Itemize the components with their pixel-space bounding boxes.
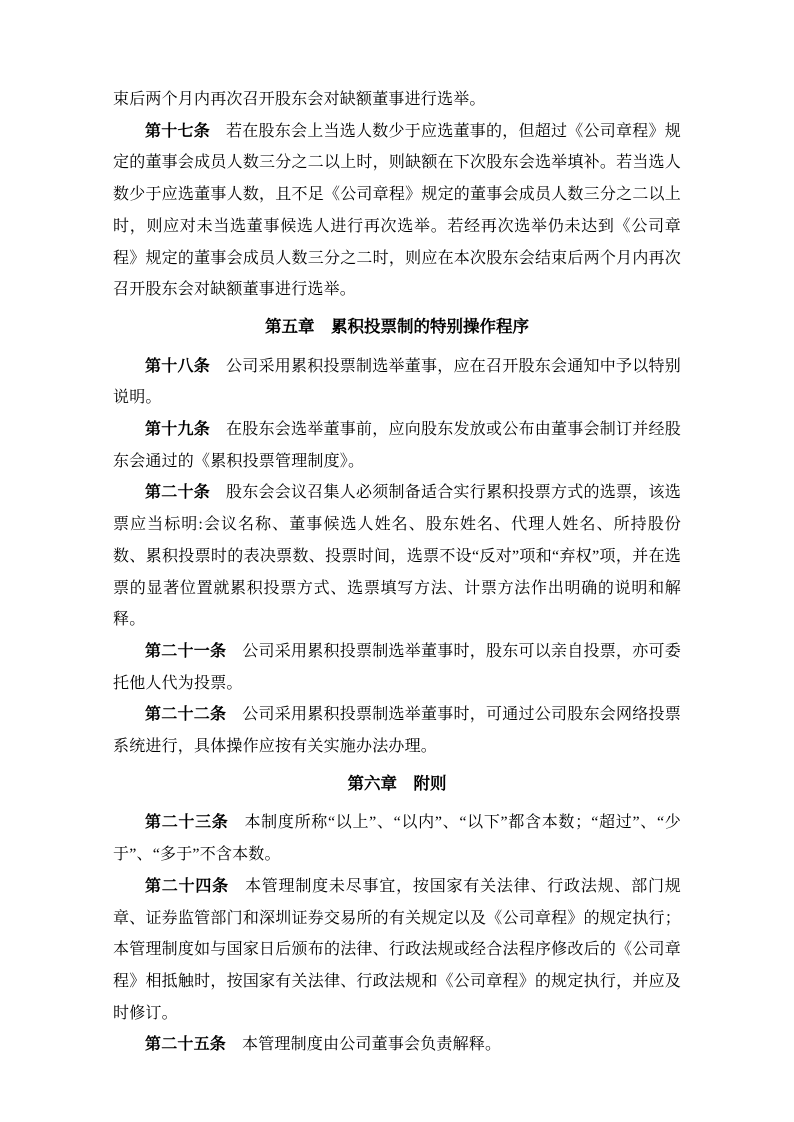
article-number: 第二十一条 bbox=[145, 643, 226, 660]
document-page: 束后两个月内再次召开股东会对缺额董事进行选举。 第十七条若在股东会上当选人数少于… bbox=[0, 0, 794, 1122]
chapter-title: 附则 bbox=[414, 774, 447, 793]
article-number: 第十八条 bbox=[145, 358, 210, 375]
chapter-number: 第六章 bbox=[348, 774, 398, 793]
article-text: 股东会会议召集人必须制备适合实行累积投票方式的选票，该选票应当标明:会议名称、董… bbox=[113, 484, 681, 628]
article-text: 若在股东会上当选人数少于应选董事的，但超过《公司章程》规定的董事会成员人数三分之… bbox=[113, 123, 681, 299]
article-paragraph-22: 第二十二条公司采用累积投票制选举董事时，可通过公司股东会网络投票系统进行，具体操… bbox=[113, 699, 681, 762]
article-number: 第十七条 bbox=[145, 123, 210, 140]
chapter-number: 第五章 bbox=[265, 317, 315, 336]
article-paragraph-23: 第二十三条本制度所称“以上”、“以内”、“以下”都含本数；“超过”、“少于”、“… bbox=[113, 807, 681, 870]
article-number: 第二十四条 bbox=[145, 878, 229, 895]
article-number: 第十九条 bbox=[145, 421, 210, 438]
article-text: 本管理制度未尽事宜，按国家有关法律、行政法规、部门规章、证券监管部门和深圳证券交… bbox=[113, 878, 681, 1022]
continuation-paragraph: 束后两个月内再次召开股东会对缺额董事进行选举。 bbox=[113, 84, 681, 116]
article-number: 第二十三条 bbox=[145, 814, 228, 831]
article-paragraph-25: 第二十五条本管理制度由公司董事会负责解释。 bbox=[113, 1029, 681, 1061]
article-number: 第二十五条 bbox=[145, 1036, 226, 1053]
chapter-title: 累积投票制的特别操作程序 bbox=[331, 317, 529, 336]
article-paragraph-17: 第十七条若在股东会上当选人数少于应选董事的，但超过《公司章程》规定的董事会成员人… bbox=[113, 116, 681, 306]
article-paragraph-19: 第十九条在股东会选举董事前，应向股东发放或公布由董事会制订并经股东会通过的《累积… bbox=[113, 414, 681, 477]
article-paragraph-21: 第二十一条公司采用累积投票制选举董事时，股东可以亲自投票，亦可委托他人代为投票。 bbox=[113, 636, 681, 699]
chapter-heading-6: 第六章附则 bbox=[113, 768, 681, 800]
chapter-heading-5: 第五章累积投票制的特别操作程序 bbox=[113, 311, 681, 343]
article-number: 第二十二条 bbox=[145, 706, 226, 723]
article-paragraph-20: 第二十条股东会会议召集人必须制备适合实行累积投票方式的选票，该选票应当标明:会议… bbox=[113, 477, 681, 636]
paragraph-text: 束后两个月内再次召开股东会对缺额董事进行选举。 bbox=[113, 91, 486, 108]
article-paragraph-18: 第十八条公司采用累积投票制选举董事，应在召开股东会通知中予以特别说明。 bbox=[113, 351, 681, 414]
article-text: 本管理制度由公司董事会负责解释。 bbox=[242, 1036, 501, 1053]
article-number: 第二十条 bbox=[145, 484, 210, 501]
article-paragraph-24: 第二十四条本管理制度未尽事宜，按国家有关法律、行政法规、部门规章、证券监管部门和… bbox=[113, 871, 681, 1030]
